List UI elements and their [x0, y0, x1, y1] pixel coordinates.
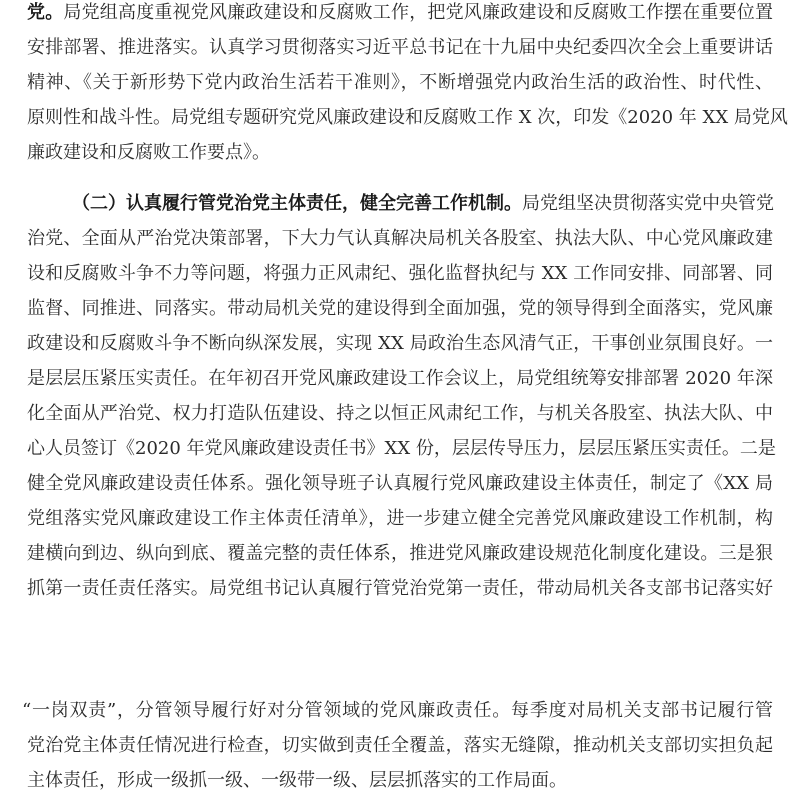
text-line: “一岗双责”，分管领导履行好对分管领域的党风廉政责任。每季度对局机关支部书记履行… — [22, 696, 773, 726]
document-page: 党。局党组高度重视党风廉政建设和反腐败工作，把党风廉政建设和反腐败工作摆在重要位… — [0, 0, 800, 800]
text-line: 党组落实党风廉政建设工作主体责任清单》，进一步建立健全完善党风廉政建设工作机制，… — [27, 504, 773, 534]
text-line: 政建设和反腐败斗争不断向纵深发展，实现 XX 局政治生态风清气正，干事创业氛围良… — [27, 329, 773, 359]
text-line: 廉政建设和反腐败工作要点》。 — [27, 138, 773, 168]
text-line: 监督、同推进、同落实。带动局机关党的建设得到全面加强，党的领导得到全面落实，党风… — [27, 294, 773, 324]
section-heading: （二）认真履行管党治党主体责任，健全完善工作机制。 — [72, 193, 522, 214]
text-line: 原则性和战斗性。局党组专题研究党风廉政建设和反腐败工作 X 次，印发《2020 … — [27, 103, 773, 133]
section-heading-line: （二）认真履行管党治党主体责任，健全完善工作机制。局党组坚决贯彻落实党中央管党 — [72, 189, 773, 219]
text-line: 化全面从严治党、权力打造队伍建设、持之以恒正风肃纪工作，与机关各股室、执法大队、… — [27, 399, 773, 429]
text-line: 健全党风廉政建设责任体系。强化领导班子认真履行党风廉政建设主体责任，制定了《XX… — [27, 469, 773, 499]
text-line: 安排部署、推进落实。认真学习贯彻落实习近平总书记在十九届中央纪委四次全会上重要讲… — [27, 33, 773, 63]
line-text: 局党组高度重视党风廉政建设和反腐败工作，把党风廉政建设和反腐败工作摆在重要位置 — [63, 2, 773, 23]
text-line: 党。局党组高度重视党风廉政建设和反腐败工作，把党风廉政建设和反腐败工作摆在重要位… — [27, 0, 773, 28]
text-line: 治党、全面从严治党决策部署，下大力气认真解决局机关各股室、执法大队、中心党风廉政… — [27, 224, 773, 254]
bold-lead: 党。 — [27, 2, 63, 23]
text-line: 是层层压紧压实责任。在年初召开党风廉政建设工作会议上，局党组统筹安排部署 202… — [27, 364, 773, 394]
text-line: 心人员签订《2020 年党风廉政建设责任书》XX 份，层层传导压力，层层压紧压实… — [27, 434, 773, 464]
text-line: 主体责任，形成一级抓一级、一级带一级、层层抓落实的工作局面。 — [27, 766, 773, 796]
text-line: 设和反腐败斗争不力等问题，将强力正风肃纪、强化监督执纪与 XX 工作同安排、同部… — [27, 259, 773, 289]
text-line: 精神、《关于新形势下党内政治生活若干准则》，不断增强党内政治生活的政治性、时代性… — [27, 68, 773, 98]
text-line: 抓第一责任责任落实。局党组书记认真履行管党治党第一责任，带动局机关各支部书记落实… — [27, 574, 773, 604]
text-line: 建横向到边、纵向到底、覆盖完整的责任体系，推进党风廉政建设规范化制度化建设。三是… — [27, 539, 773, 569]
line-text: 局党组坚决贯彻落实党中央管党 — [522, 193, 774, 214]
text-line: 党治党主体责任情况进行检查，切实做到责任全覆盖，落实无缝隙，推动机关支部切实担负… — [27, 731, 773, 761]
